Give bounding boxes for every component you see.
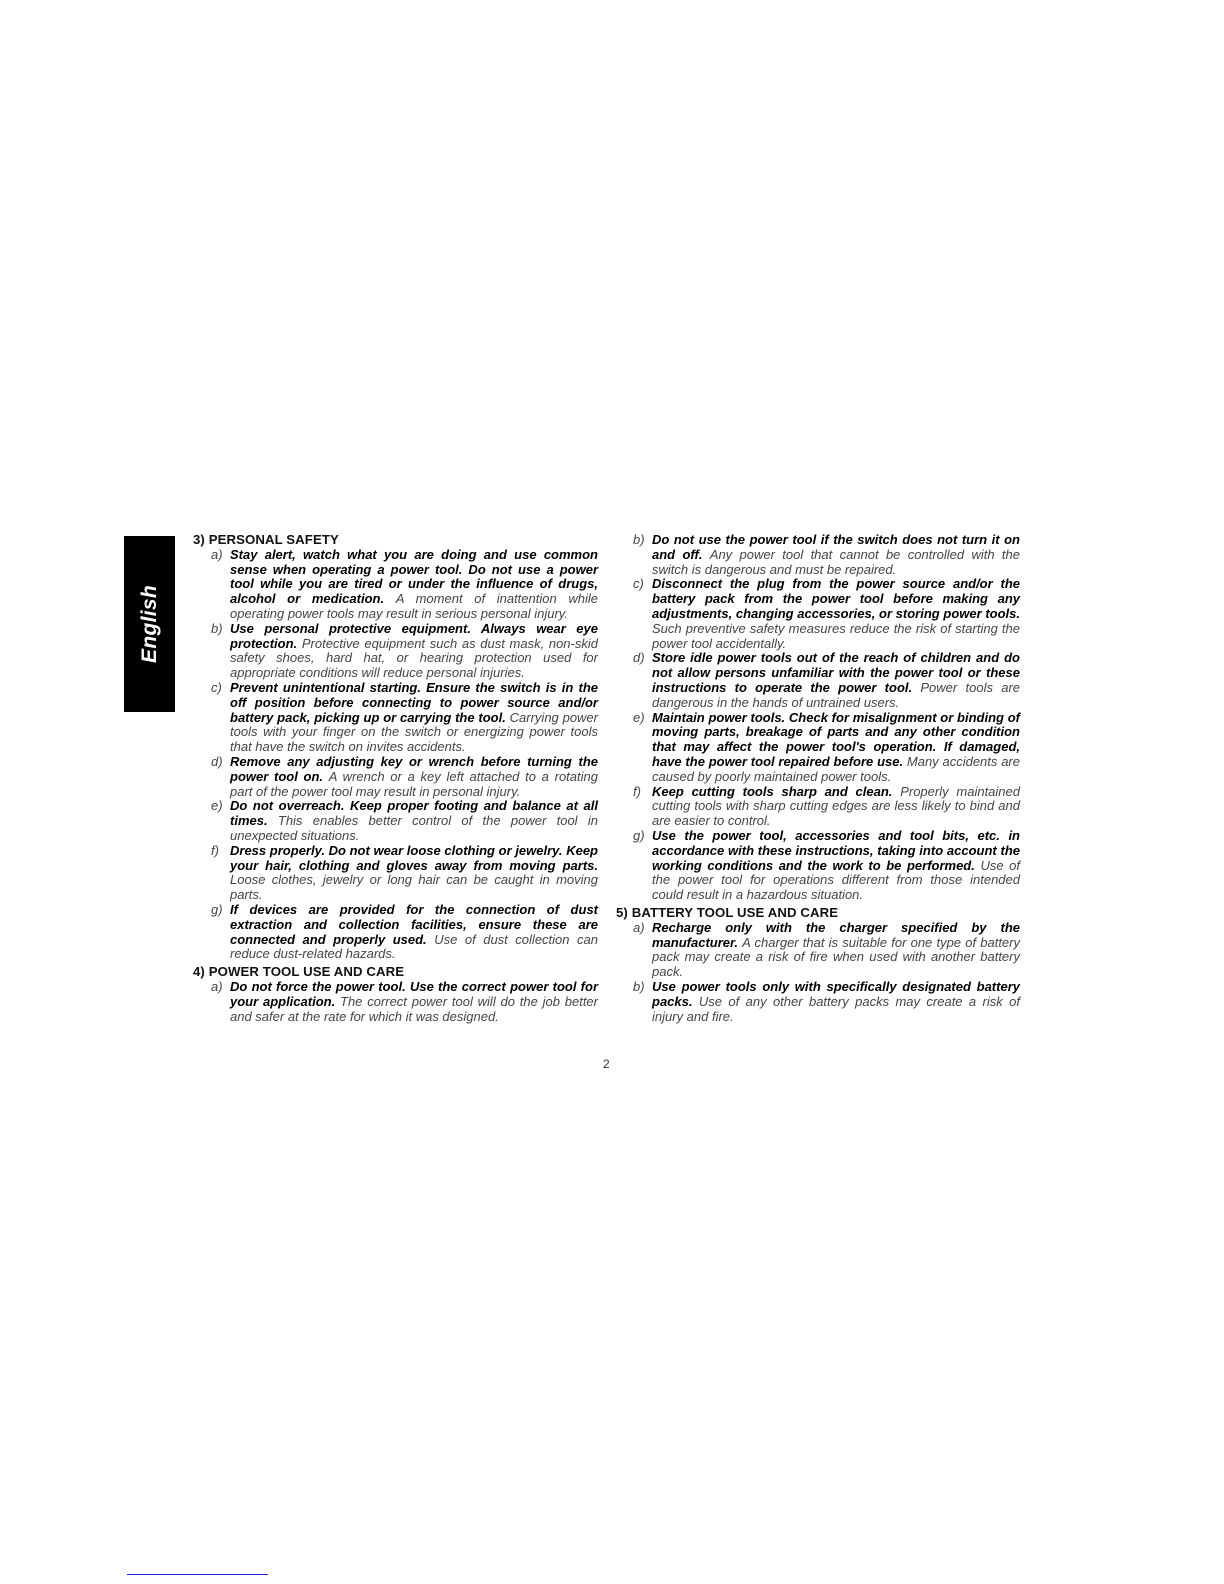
- list-item: e)Maintain power tools. Check for misali…: [616, 711, 1020, 785]
- list-item: g)If devices are provided for the connec…: [193, 903, 598, 962]
- left-column: 3) PERSONAL SAFETY a)Stay alert, watch w…: [193, 533, 598, 1024]
- list-item: c)Disconnect the plug from the power sou…: [616, 577, 1020, 651]
- item-label: d): [211, 755, 223, 770]
- item-text: Use of any other battery packs may creat…: [652, 994, 1020, 1024]
- item-label: e): [633, 711, 645, 726]
- item-label: g): [211, 903, 223, 918]
- item-label: a): [633, 921, 645, 936]
- list-item: g)Use the power tool, accessories and to…: [616, 829, 1020, 903]
- item-label: b): [633, 980, 645, 995]
- item-label: d): [633, 651, 645, 666]
- list-item: a)Recharge only with the charger specifi…: [616, 921, 1020, 980]
- item-text: Any power tool that cannot be controlled…: [652, 547, 1020, 577]
- list-item: b)Use personal protective equipment. Alw…: [193, 622, 598, 681]
- list-item: b)Do not use the power tool if the switc…: [616, 533, 1020, 577]
- list-item: f)Keep cutting tools sharp and clean. Pr…: [616, 785, 1020, 829]
- item-text: Loose clothes, jewelry or long hair can …: [230, 872, 598, 902]
- section-personal-safety: 3) PERSONAL SAFETY a)Stay alert, watch w…: [193, 533, 598, 962]
- page-number: 2: [603, 1057, 610, 1071]
- section-battery-tool-use-and-care: 5) BATTERY TOOL USE AND CARE a)Recharge …: [616, 906, 1020, 1024]
- item-label: a): [211, 980, 223, 995]
- list-item: b)Use power tools only with specifically…: [616, 980, 1020, 1024]
- item-label: b): [211, 622, 223, 637]
- list-item: d)Remove any adjusting key or wrench bef…: [193, 755, 598, 799]
- item-label: c): [211, 681, 222, 696]
- item-text: This enables better control of the power…: [230, 813, 598, 843]
- item-label: a): [211, 548, 223, 563]
- list-item: e)Do not overreach. Keep proper footing …: [193, 799, 598, 843]
- item-label: c): [633, 577, 644, 592]
- list-item: a)Stay alert, watch what you are doing a…: [193, 548, 598, 622]
- list-item: c)Prevent unintentional starting. Ensure…: [193, 681, 598, 755]
- list-item: a)Do not force the power tool. Use the c…: [193, 980, 598, 1024]
- item-label: f): [633, 785, 641, 800]
- item-label: e): [211, 799, 223, 814]
- language-tab-label: English: [138, 585, 162, 663]
- language-tab: English: [124, 536, 175, 712]
- item-bold-text: Dress properly. Do not wear loose clothi…: [230, 843, 598, 873]
- section-heading: 3) PERSONAL SAFETY: [193, 533, 598, 548]
- item-label: g): [633, 829, 645, 844]
- item-bold-text: Disconnect the plug from the power sourc…: [652, 576, 1020, 621]
- item-bold-text: Use the power tool, accessories and tool…: [652, 828, 1020, 873]
- item-text: Such preventive safety measures reduce t…: [652, 621, 1020, 651]
- section-heading: 5) BATTERY TOOL USE AND CARE: [616, 906, 1020, 921]
- list-item: f)Dress properly. Do not wear loose clot…: [193, 844, 598, 903]
- section-power-tool-use-and-care: 4) POWER TOOL USE AND CARE a)Do not forc…: [193, 965, 598, 1024]
- section-heading: 4) POWER TOOL USE AND CARE: [193, 965, 598, 980]
- right-column: b)Do not use the power tool if the switc…: [616, 533, 1020, 1024]
- list-item: d)Store idle power tools out of the reac…: [616, 651, 1020, 710]
- link-underline[interactable]: [127, 1574, 268, 1575]
- item-label: b): [633, 533, 645, 548]
- section-power-tool-use-and-care-continued: b)Do not use the power tool if the switc…: [616, 533, 1020, 903]
- item-bold-text: Keep cutting tools sharp and clean.: [652, 784, 892, 799]
- item-label: f): [211, 844, 219, 859]
